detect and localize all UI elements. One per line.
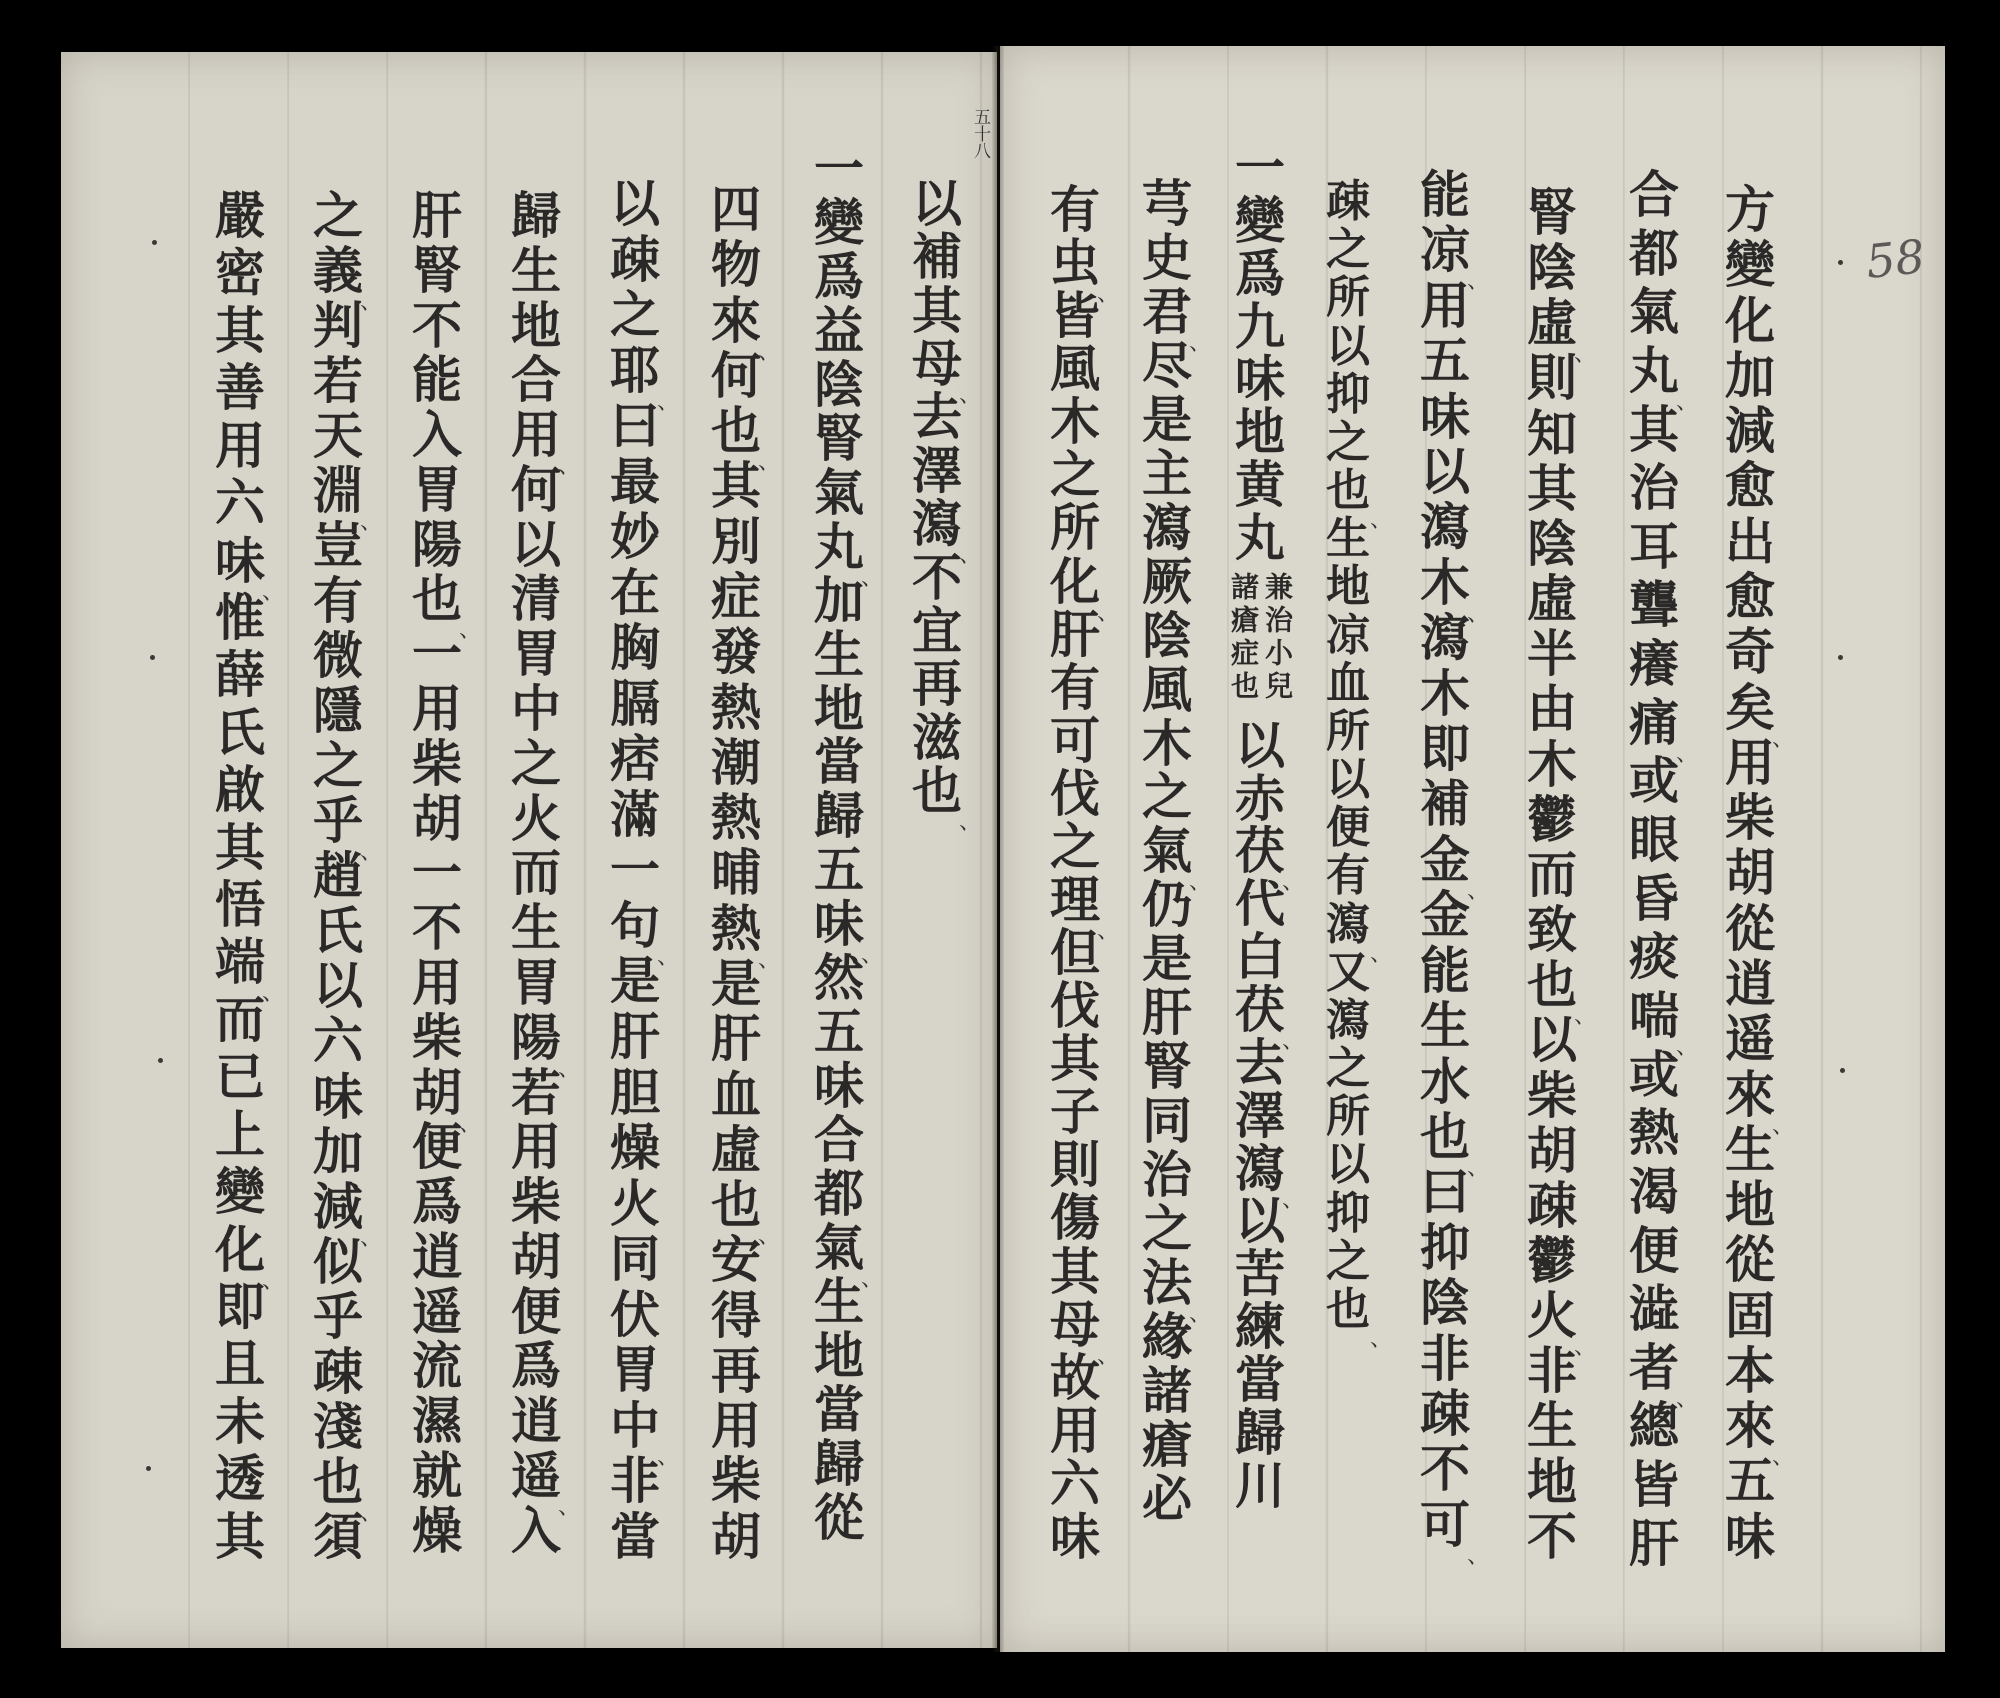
character: 透 [212,1454,268,1504]
character: 或 [1626,1050,1682,1100]
character: 可、 [1417,1500,1473,1550]
character: 歸 [811,791,867,841]
character: 風 [1047,344,1103,394]
character: 瀉 [1320,998,1376,1044]
character: 地 [811,684,867,734]
character: 之 [310,191,366,241]
character: 疎 [1320,179,1376,225]
character: 癢 [1626,639,1682,689]
character: 何 [508,465,564,515]
character: 之 [1047,822,1103,872]
character: 嚴 [212,191,268,241]
character: 便 [409,1122,465,1172]
character: 益 [811,306,867,356]
character: 用 [409,958,465,1008]
character: 上 [212,1110,268,1160]
character: 乎 [310,1292,366,1342]
character: 以 [1524,1015,1580,1065]
character: 且 [212,1339,268,1389]
character: 也、 [909,766,965,816]
character: 味 [811,1061,867,1111]
character: 不 [909,553,965,603]
character: 可 [1047,716,1103,766]
character: 別 [708,517,764,567]
character: 一 [1232,143,1288,193]
character: 鬱 [1524,795,1580,845]
character: 就 [409,1451,465,1501]
character: 微 [310,631,366,681]
character: 變 [811,198,867,248]
character: 疎 [607,235,663,285]
character: 胃 [508,958,564,1008]
character: 腎 [409,246,465,296]
pencil-page-number: 58 [1863,229,1927,289]
character: 生 [1722,1125,1778,1175]
character: 然 [811,953,867,1003]
character: 柴 [1722,793,1778,843]
character: 一 [409,629,465,679]
character: 入 [508,1506,564,1556]
character: 半 [1524,629,1580,679]
character: 史 [1139,233,1195,283]
character: 用 [708,1401,764,1451]
character: 症 [708,572,764,622]
character: 從 [1722,1235,1778,1285]
character: 子 [1047,1087,1103,1137]
character: 妙 [607,512,663,562]
character: 善 [212,363,268,413]
character: 也、 [1524,960,1580,1010]
character: 聾 [1626,580,1682,630]
character: 生 [811,630,867,680]
character: 其 [1626,405,1682,455]
character: 肝 [1047,610,1103,660]
character: 五 [811,845,867,895]
character: 燥 [607,1123,663,1173]
character: 同 [607,1234,663,1284]
character: 胡、 [409,1068,465,1118]
character: 似 [310,1237,366,1287]
character: 能 [409,355,465,405]
character: 虛 [1524,574,1580,624]
character: 伐 [1047,769,1103,819]
character: 逍 [409,1232,465,1282]
character: 九 [1232,302,1288,352]
character: 便 [508,1287,564,1337]
character: 從 [811,1493,867,1543]
character: 芎 [1139,179,1195,229]
character: 火、 [1524,1291,1580,1341]
character: 陰 [1139,611,1195,661]
character: 安 [708,1235,764,1285]
character: 木 [1047,397,1103,447]
character: 以 [1232,721,1288,771]
character: 膈 [607,679,663,729]
punctuation-mark: 、 [959,812,981,834]
character: 化、 [212,1225,268,1275]
character: 生 [508,246,564,296]
character: 六 [212,478,268,528]
text-column-left-7: 之義、判若天淵、豈有微隱之乎、趙氏以六味加減、似乎疎淺也、須 [298,191,378,1562]
character: 味 [1417,392,1473,442]
character: 胡 [708,1512,764,1562]
character: 瀉、 [1320,902,1376,948]
character: 腎 [1139,1042,1195,1092]
character: 同 [1139,1096,1195,1146]
character: 茯、 [1232,826,1288,876]
character: 而 [1524,850,1580,900]
character: 天 [310,411,366,461]
character: 瀉 [1417,613,1473,663]
character: 去 [1232,1038,1288,1088]
character: 在 [607,568,663,618]
character: 歸 [508,191,564,241]
character: 何 [708,351,764,401]
character: 曰 [1417,1167,1473,1217]
character: 地 [1320,564,1376,610]
character: 緣 [1139,1312,1195,1362]
character: 地 [811,1331,867,1381]
character: 地 [508,301,564,351]
character: 總 [1626,1401,1682,1451]
character: 熱 [1626,1108,1682,1158]
punctuation-mark: 、 [1370,1329,1392,1351]
character: 是 [1139,395,1195,445]
character: 凉 [1320,613,1376,659]
character: 來、 [708,296,764,346]
character: 生 [508,903,564,953]
character: 其 [1524,464,1580,514]
character: 昏 [1626,874,1682,924]
character: 加 [310,1127,366,1177]
character: 奇 [1722,627,1778,677]
text-column-left-6: 肝腎不能入胃陽也、一用柴胡一不用柴胡、便爲逍遥流濕就燥 [397,191,477,1556]
character: 者、 [1626,1343,1682,1393]
character: 是 [607,956,663,1006]
character: 柴 [409,739,465,789]
character: 潮 [708,738,764,788]
character: 陽 [409,520,465,570]
character: 柴 [708,1456,764,1506]
character: 之 [1139,1204,1195,1254]
margin-dot [146,1466,151,1471]
character: 中、 [607,1401,663,1451]
character: 熱 [708,683,764,733]
character: 必 [1139,1474,1195,1524]
character: 遥、 [508,1451,564,1501]
character: 味、 [811,899,867,949]
character: 方 [1722,185,1778,235]
character: 其 [909,286,965,336]
text-column-right-1: 方變化加減愈出愈奇矣、用柴胡從逍遥來、生地從固本來、五味 [1710,185,1790,1562]
character: 生 [1417,1001,1473,1051]
character: 不 [1524,1512,1580,1562]
character: 清 [508,574,564,624]
character: 再 [909,659,965,709]
character: 判 [310,301,366,351]
character: 便 [1626,1226,1682,1276]
character: 遥 [1722,1014,1778,1064]
character: 也、 [708,406,764,456]
character: 用 [508,1122,564,1172]
character: 乎、 [310,796,366,846]
character: 不 [409,903,465,953]
character: 用 [1417,281,1473,331]
character: 以 [1320,1142,1376,1188]
character: 故 [1047,1353,1103,1403]
character: 尽 [1139,341,1195,391]
character: 其 [212,1512,268,1562]
text-column-left-2: 一變爲益陰腎氣丸、加生地當歸五味、然五味合都氣、生地當歸從 [799,144,879,1543]
character: 有 [1047,663,1103,713]
character: 之 [1320,420,1376,466]
character: 五 [811,1007,867,1057]
character: 啟 [212,765,268,815]
character: 之 [1320,1046,1376,1092]
character: 六 [1047,1459,1103,1509]
character: 味 [310,1072,366,1122]
character: 能 [1417,946,1473,996]
character: 渴 [1626,1167,1682,1217]
character: 以 [508,520,564,570]
text-column-right-7: 芎史君、尽是主瀉厥陰風木之氣、仍是肝腎同治之法、緣諸瘡必 [1127,179,1207,1524]
character: 而 [212,995,268,1045]
character: 澤 [1232,1091,1288,1141]
character: 氏 [212,708,268,758]
character: 熱 [708,793,764,843]
character: 合 [1626,170,1682,220]
character: 生 [811,1277,867,1327]
character: 隱 [310,686,366,736]
character: 一 [811,144,867,194]
character: 所 [1320,709,1376,755]
character: 諸 [1139,1366,1195,1416]
character: 又 [1320,950,1376,996]
character: 生 [1524,1401,1580,1451]
text-column-left-1: 以補其母、去澤瀉、不宜再滋也、 [897,179,977,816]
character: 滿 [607,790,663,840]
character: 柴 [409,1013,465,1063]
character: 用 [409,684,465,734]
character: 痰 [1626,932,1682,982]
character: 瘡 [1139,1420,1195,1470]
character: 宜 [909,606,965,656]
character: 化、 [1047,557,1103,607]
text-column-right-3: 腎陰虛、則知其陰虛半由木鬱而致也、以柴胡疎鬱火、非生地不 [1512,188,1592,1562]
character: 理、 [1047,875,1103,925]
character: 合 [508,355,564,405]
character: 水 [1417,1057,1473,1107]
character: 丸、 [1626,346,1682,396]
character: 用 [212,421,268,471]
character: 腎 [811,414,867,464]
character: 黄 [1232,460,1288,510]
character: 濕 [409,1396,465,1446]
character: 六 [310,1016,366,1066]
character: 抑 [1320,1191,1376,1237]
character: 來、 [1722,1401,1778,1451]
character: 也、 [1417,1112,1473,1162]
character: 胸 [607,623,663,673]
character: 都 [811,1169,867,1219]
character: 耳 [1626,522,1682,572]
character: 都 [1626,229,1682,279]
character: 爲 [1232,249,1288,299]
character: 味 [1722,1512,1778,1562]
character: 則 [1047,1140,1103,1190]
character: 其 [708,461,764,511]
character: 瀉、 [909,499,965,549]
character: 也、 [1320,1287,1376,1333]
character: 補 [1417,779,1473,829]
character: 胃 [508,629,564,679]
character: 苦 [1232,1249,1288,1299]
character: 胃 [607,1345,663,1395]
character: 遥 [409,1287,465,1337]
character: 合 [811,1115,867,1165]
character: 肝 [607,1012,663,1062]
character: 疎 [1524,1181,1580,1231]
character: 血 [708,1070,764,1120]
character: 瀉 [1139,503,1195,553]
character: 歸 [1232,1408,1288,1458]
character: 當 [607,1512,663,1562]
character: 以 [1417,447,1473,497]
character: 之 [1320,1239,1376,1285]
character: 物 [708,240,764,290]
character: 胡 [508,1232,564,1282]
character: 四 [708,185,764,235]
character: 虫、 [1047,238,1103,288]
character: 當 [811,1385,867,1435]
character: 有 [310,576,366,626]
character: 燥 [409,1506,465,1556]
character: 赤 [1232,774,1288,824]
character: 爲 [409,1177,465,1227]
character: 五 [1417,336,1473,386]
character: 之 [508,739,564,789]
character: 則 [1524,353,1580,403]
character: 火 [508,794,564,844]
character: 豈 [310,521,366,571]
character: 矣、 [1722,683,1778,733]
character: 木、 [1417,558,1473,608]
character: 便 [1320,805,1376,851]
character: 非 [1524,1346,1580,1396]
character: 不 [1417,1444,1473,1494]
character: 出 [1722,517,1778,567]
character: 味 [1047,1512,1103,1562]
character: 未 [212,1397,268,1447]
character: 得 [708,1291,764,1341]
character: 從 [1722,904,1778,954]
character: 君、 [1139,287,1195,337]
character: 再 [708,1346,764,1396]
character: 主 [1139,449,1195,499]
character: 逍 [508,1396,564,1446]
character: 本 [1722,1346,1778,1396]
character: 致 [1524,905,1580,955]
character: 痞 [607,734,663,784]
character: 丸 [1232,513,1288,563]
character: 澤 [909,446,965,496]
character: 密 [212,248,268,298]
character: 但 [1047,928,1103,978]
character: 母、 [909,339,965,389]
character: 加 [811,576,867,626]
character: 補 [909,232,965,282]
punctuation-mark: 、 [1467,1546,1489,1568]
character: 歸 [811,1439,867,1489]
character: 愈 [1722,461,1778,511]
character: 所 [1047,503,1103,553]
character: 胆 [607,1068,663,1118]
character: 滋 [909,713,965,763]
character: 法、 [1139,1258,1195,1308]
character: 以 [1232,1196,1288,1246]
character: 曰 [607,401,663,451]
character: 虛、 [1524,298,1580,348]
character: 其 [212,823,268,873]
character: 練 [1232,1302,1288,1352]
character: 流 [409,1341,465,1391]
character: 柴 [508,1177,564,1227]
character: 氣、 [1139,826,1195,876]
character: 之 [1320,227,1376,273]
character: 一 [409,848,465,898]
character: 來、 [1722,1070,1778,1120]
character: 由 [1524,684,1580,734]
character: 金、 [1417,835,1473,885]
character: 之 [607,290,663,340]
character: 腎 [1524,188,1580,238]
character: 喘、 [1626,991,1682,1041]
character: 也、 [409,574,465,624]
character: 以 [607,179,663,229]
character: 變 [212,1167,268,1217]
character: 味 [1232,354,1288,404]
character: 治 [1626,463,1682,513]
character: 凉、 [1417,225,1473,275]
character: 肝 [1626,1519,1682,1569]
margin-dot [1840,1068,1845,1073]
character: 氣 [1626,287,1682,337]
character: 而 [508,848,564,898]
character: 仍 [1139,880,1195,930]
character: 一 [607,845,663,895]
character: 木 [1417,669,1473,719]
character: 趙 [310,851,366,901]
character: 火 [607,1179,663,1229]
character: 去 [909,392,965,442]
character: 以 [1320,757,1376,803]
character: 抑 [1417,1223,1473,1273]
character: 以 [1320,324,1376,370]
character: 若 [508,1068,564,1118]
margin-dot [158,1058,163,1063]
character: 治 [1139,1150,1195,1200]
character: 以 [909,179,965,229]
character: 即 [212,1282,268,1332]
character: 耶、 [607,346,663,396]
character: 瀉 [1417,502,1473,552]
character: 茯、 [1232,985,1288,1035]
character: 句、 [607,901,663,951]
text-column-left-3: 四物來、何也、其別症發熱潮熱晡熱、是肝血虛也、安得再用柴胡 [696,185,776,1562]
character: 義、 [310,246,366,296]
character: 傷 [1047,1193,1103,1243]
character: 也、 [1320,468,1376,514]
